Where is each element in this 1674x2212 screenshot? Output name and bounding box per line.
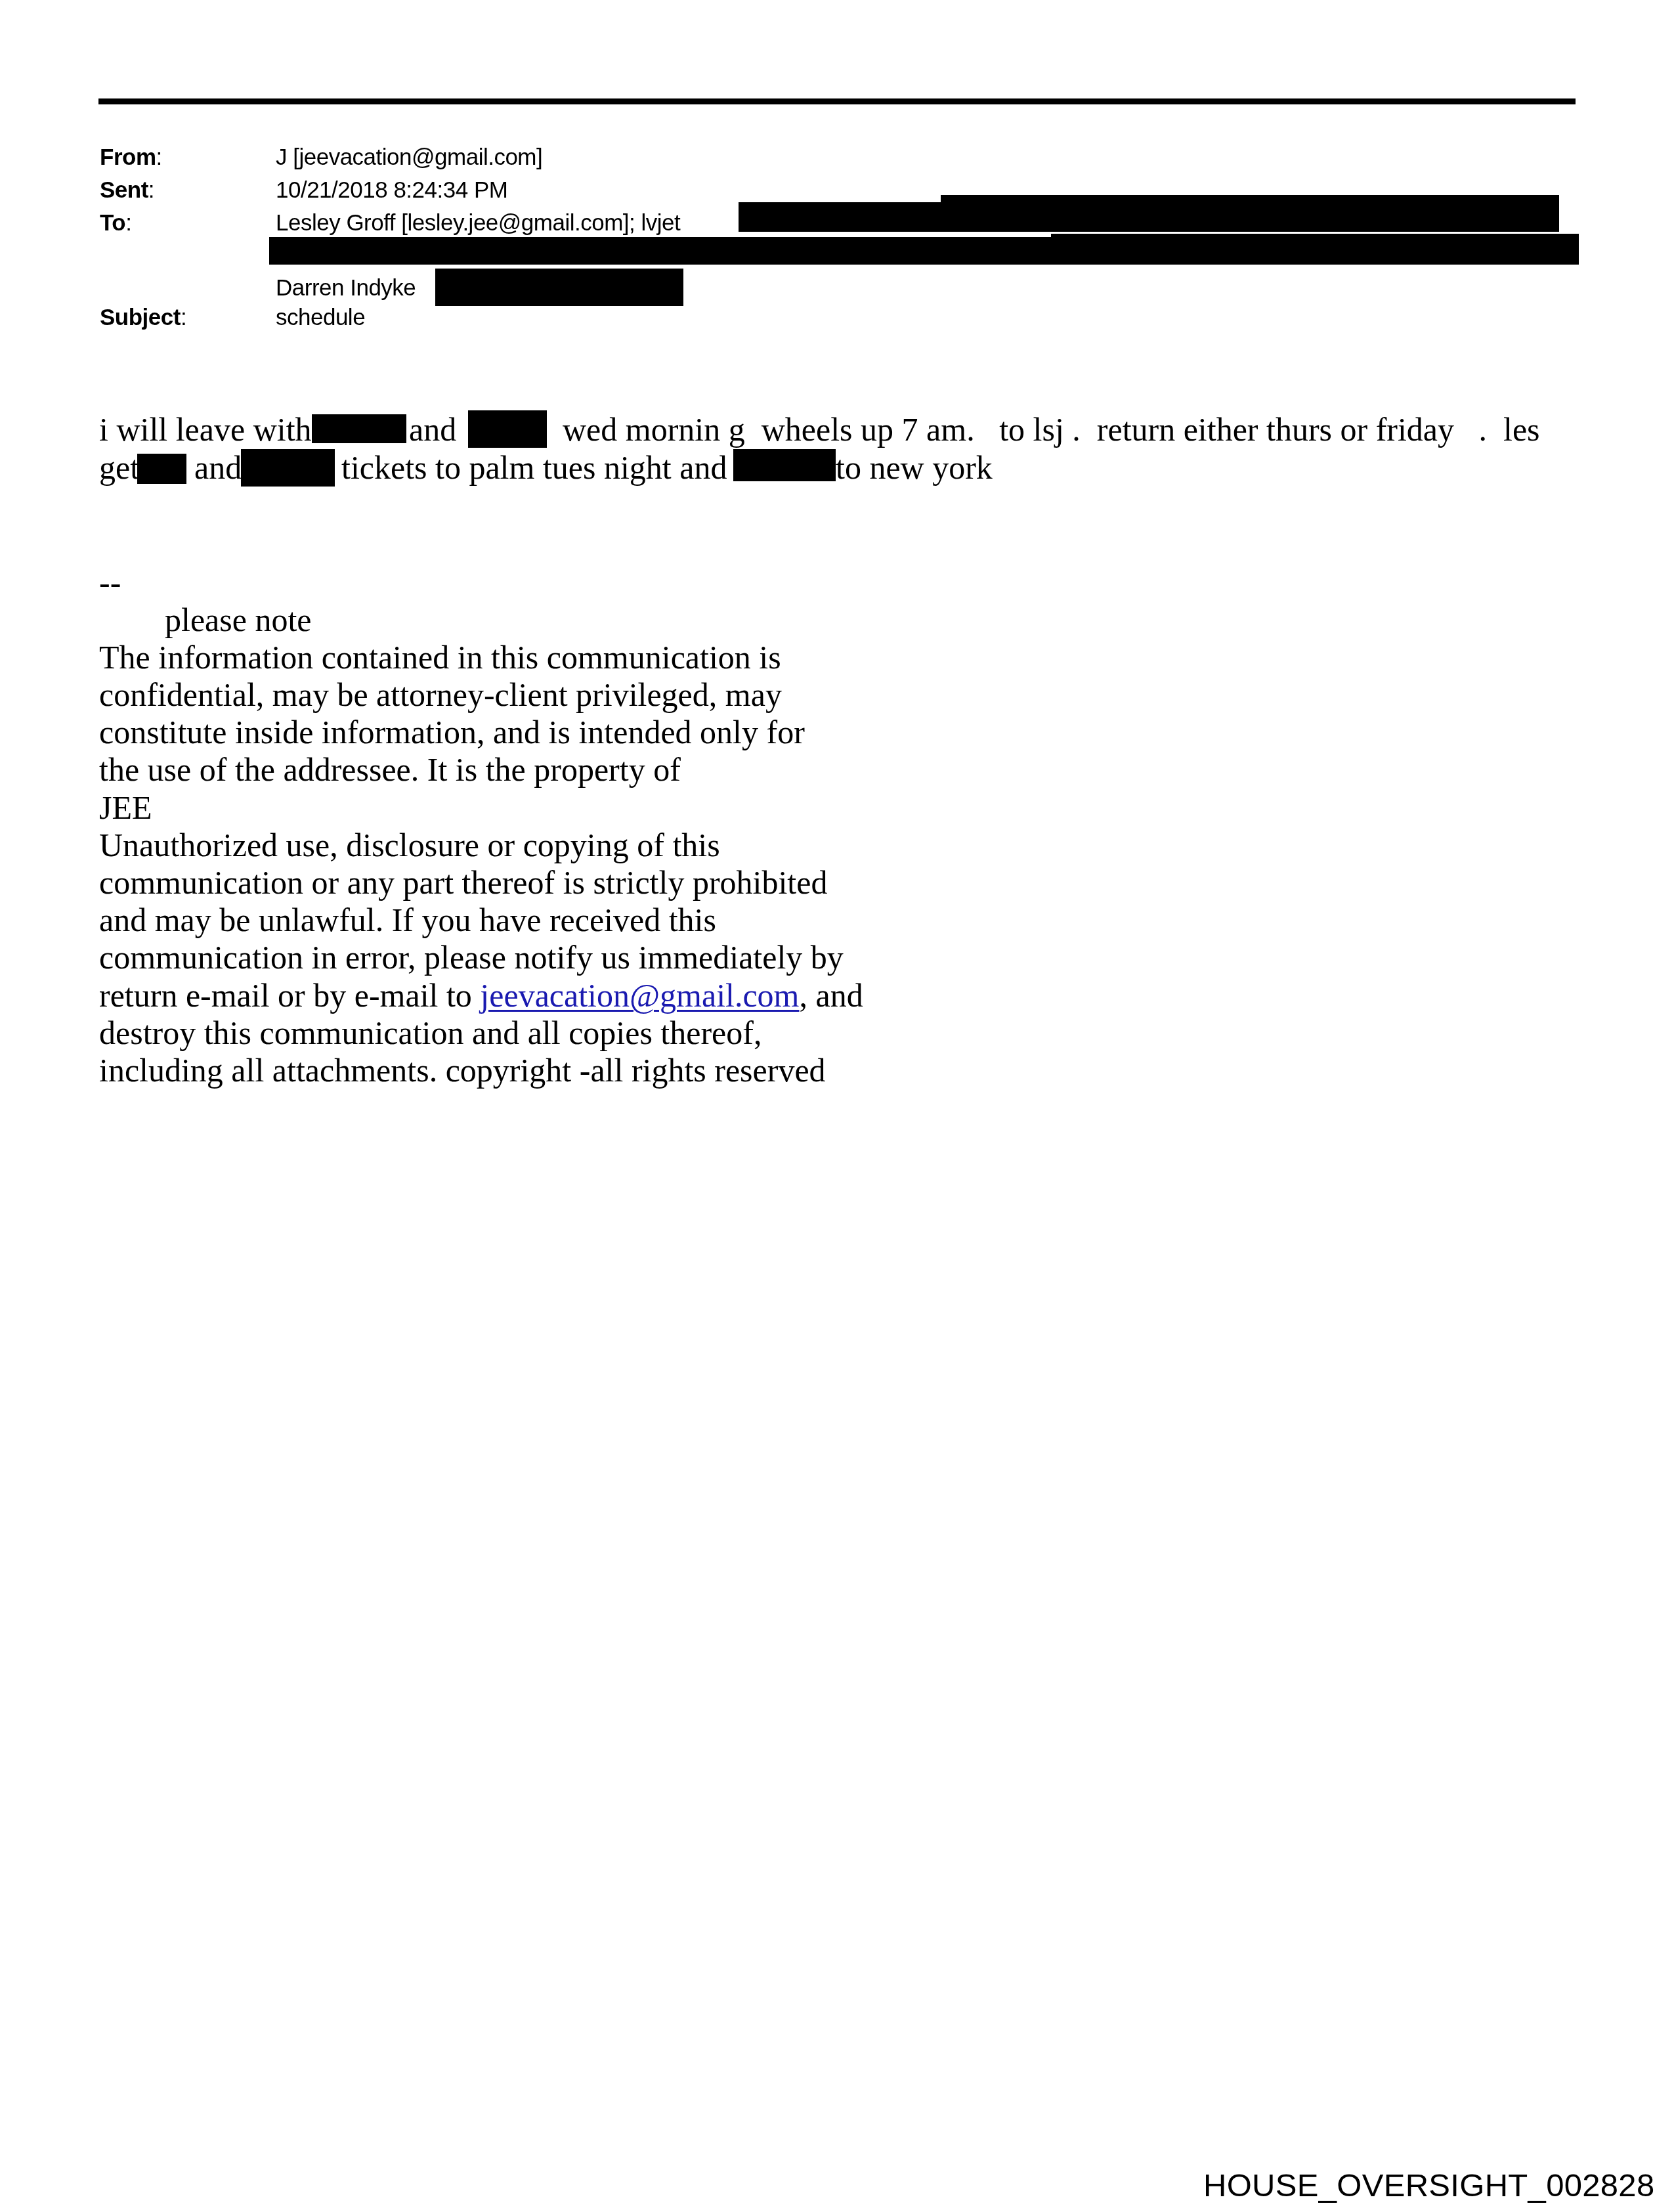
sent-label: Sent: <box>100 179 154 202</box>
body-line2-seg4: to new york <box>836 451 993 484</box>
subject-label-text: Subject <box>100 305 181 330</box>
sent-label-text: Sent <box>100 177 148 203</box>
from-label: From: <box>100 146 162 169</box>
redaction-box <box>1051 234 1579 265</box>
from-value: J [jeevacation@gmail.com] <box>276 146 542 169</box>
document-page: From: J [jeevacation@gmail.com] Sent: 10… <box>0 0 1674 2212</box>
to-value-line3: Darren Indyke <box>276 276 416 299</box>
redaction-box <box>137 454 186 484</box>
redaction-box <box>312 414 406 443</box>
redaction-box <box>739 202 943 232</box>
to-label: To: <box>100 211 131 234</box>
contact-prefix: return e-mail or by e-mail to <box>99 977 480 1014</box>
subject-value: schedule <box>276 306 365 329</box>
disclaimer-line: The information contained in this commun… <box>99 641 781 674</box>
sent-value: 10/21/2018 8:24:34 PM <box>276 179 507 202</box>
redaction-box <box>241 449 335 487</box>
redaction-box <box>269 237 1054 265</box>
redaction-box <box>733 449 836 481</box>
body-line2-seg3: tickets to palm tues night and <box>341 451 727 484</box>
body-line1-seg1: i will leave with <box>99 413 312 446</box>
disclaimer-line: JEE <box>99 791 152 824</box>
disclaimer-line: communication in error, please notify us… <box>99 941 844 974</box>
disclaimer-line: communication or any part thereof is str… <box>99 866 827 899</box>
disclaimer-line: confidential, may be attorney-client pri… <box>99 678 782 711</box>
disclaimer-contact-line: return e-mail or by e-mail to jeevacatio… <box>99 979 863 1012</box>
signature-note-heading: please note <box>165 603 312 636</box>
redaction-box <box>468 410 547 448</box>
disclaimer-line: constitute inside information, and is in… <box>99 716 805 748</box>
disclaimer-line: the use of the addressee. It is the prop… <box>99 753 681 786</box>
redaction-box <box>941 195 1559 232</box>
disclaimer-line: Unauthorized use, disclosure or copying … <box>99 829 720 861</box>
body-line1-seg2: and <box>409 413 456 446</box>
to-label-text: To <box>100 210 125 236</box>
contact-suffix: , and <box>800 977 863 1014</box>
signature-separator: -- <box>99 566 121 599</box>
body-line2-seg1: get <box>99 451 139 484</box>
redaction-box <box>435 269 683 306</box>
subject-label: Subject: <box>100 306 186 329</box>
disclaimer-line: destroy this communication and all copie… <box>99 1016 762 1049</box>
disclaimer-line: and may be unlawful. If you have receive… <box>99 903 716 936</box>
bates-number: HOUSE_OVERSIGHT_002828 <box>1203 2170 1654 2202</box>
body-line1-seg3: wed mornin g wheels up 7 am. to lsj . re… <box>563 413 1540 446</box>
contact-email-link[interactable]: jeevacation@gmail.com <box>480 977 799 1014</box>
body-line2-seg2: and <box>194 451 242 484</box>
to-value-line1: Lesley Groff [lesley.jee@gmail.com]; lvj… <box>276 211 680 234</box>
disclaimer-line: including all attachments. copyright -al… <box>99 1054 826 1087</box>
header-rule <box>98 98 1576 104</box>
from-label-text: From <box>100 144 156 170</box>
